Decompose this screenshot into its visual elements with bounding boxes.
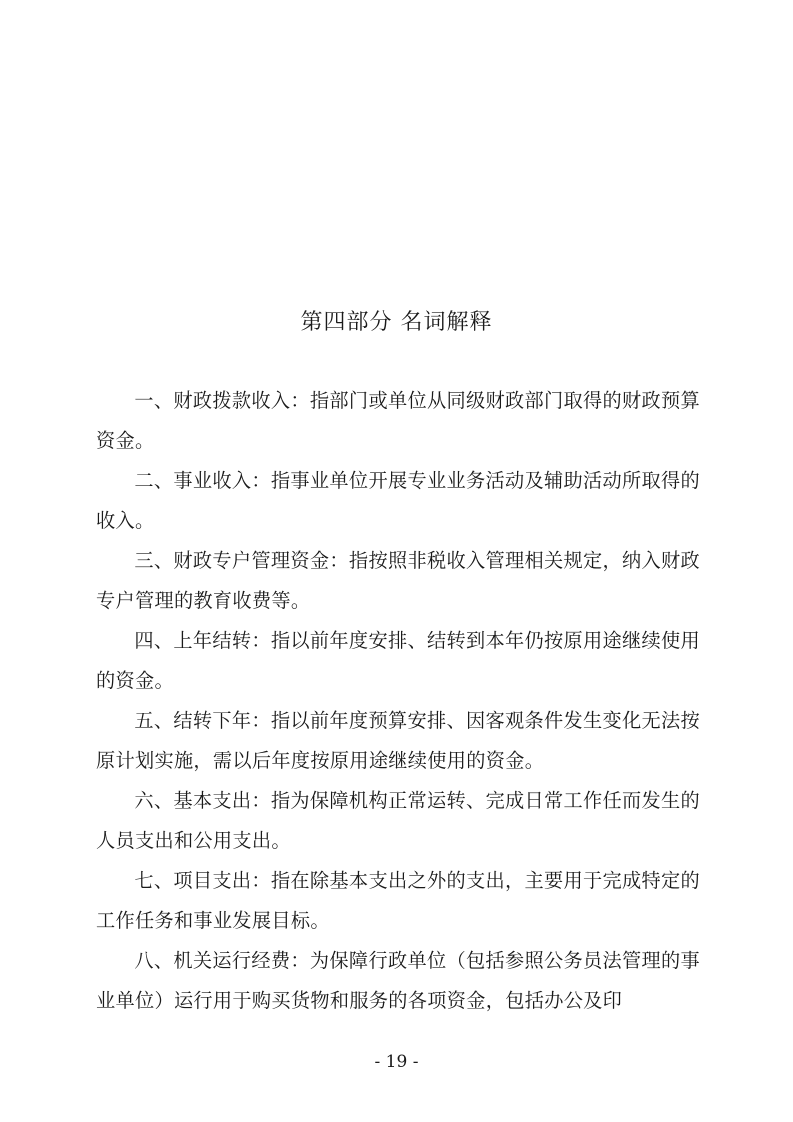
definition-paragraph: 一、财政拨款收入：指部门或单位从同级财政部门取得的财政预算资金。 xyxy=(96,381,700,461)
definition-paragraph: 八、机关运行经费：为保障行政单位（包括参照公务员法管理的事业单位）运行用于购买货… xyxy=(96,941,700,1021)
definition-paragraph: 六、基本支出：指为保障机构正常运转、完成日常工作任而发生的人员支出和公用支出。 xyxy=(96,781,700,861)
page-number: - 19 - xyxy=(0,1050,793,1074)
definition-paragraph: 五、结转下年：指以前年度预算安排、因客观条件发生变化无法按原计划实施，需以后年度… xyxy=(96,701,700,781)
definition-paragraph: 二、事业收入：指事业单位开展专业业务活动及辅助活动所取得的收入。 xyxy=(96,461,700,541)
definition-paragraph: 三、财政专户管理资金：指按照非税收入管理相关规定，纳入财政专户管理的教育收费等。 xyxy=(96,541,700,621)
definitions-body: 一、财政拨款收入：指部门或单位从同级财政部门取得的财政预算资金。 二、事业收入：… xyxy=(96,381,700,1021)
definition-paragraph: 七、项目支出：指在除基本支出之外的支出，主要用于完成特定的工作任务和事业发展目标… xyxy=(96,861,700,941)
definition-paragraph: 四、上年结转：指以前年度安排、结转到本年仍按原用途继续使用的资金。 xyxy=(96,621,700,701)
section-title: 第四部分 名词解释 xyxy=(0,308,793,338)
